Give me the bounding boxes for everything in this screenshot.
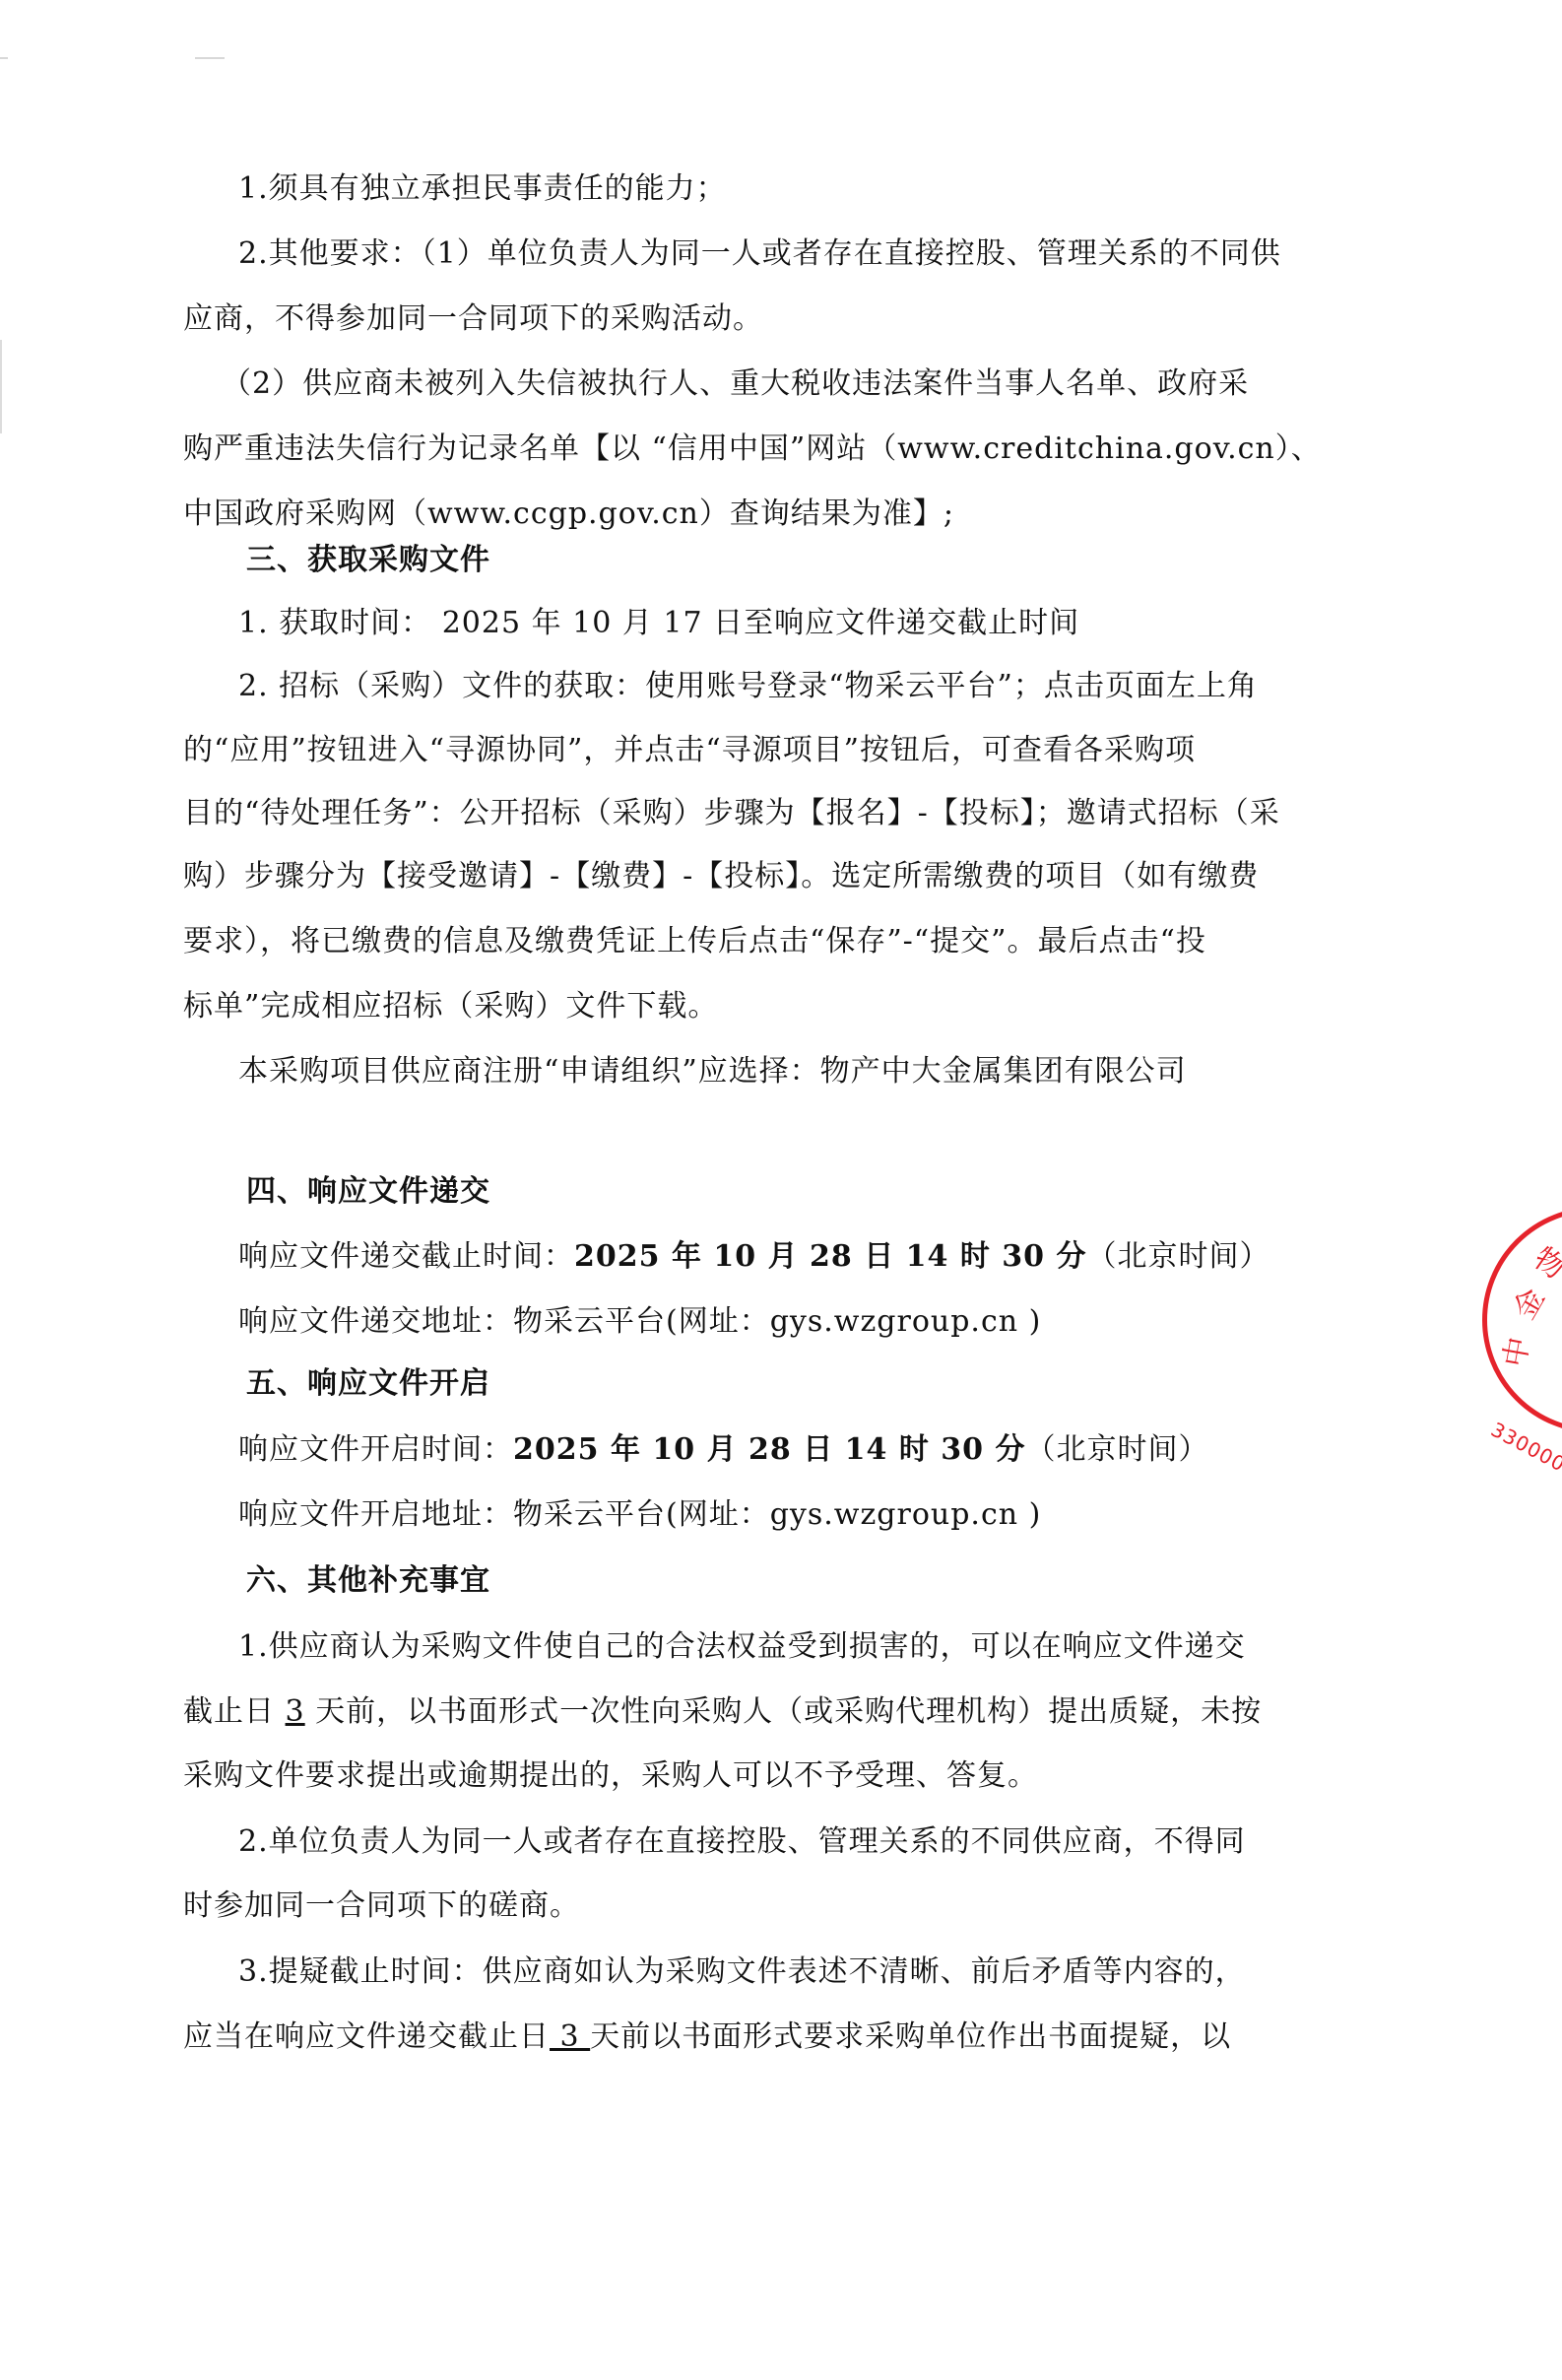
section-3-note: 本采购项目供应商注册“申请组织”应选择：物产中大金属集团有限公司 xyxy=(238,1052,1391,1091)
deadline-label: 响应文件递交截止时间： xyxy=(238,1239,574,1274)
section-6-item1-line2: 截止日 3 天前，以书面形式一次性向采购人（或采购代理机构）提出质疑，未按 xyxy=(183,1692,1335,1732)
requirement-2-line2: 应商，不得参加同一合同项下的采购活动。 xyxy=(183,299,1335,339)
section-3-line2: 2. 招标（采购）文件的获取：使用账号登录“物采云平台”；点击页面左上角 xyxy=(238,667,1391,706)
section-5-heading: 五、响应文件开启 xyxy=(246,1364,1399,1404)
text-fragment: 应当在响应文件递交截止日 xyxy=(183,2019,550,2054)
section-4-heading: 四、响应文件递交 xyxy=(246,1172,1399,1212)
section-6-item3-line2: 应当在响应文件递交截止日 3 天前以书面形式要求采购单位作出书面提疑，以 xyxy=(183,2017,1335,2057)
section-3-line1: 1. 获取时间： 2025 年 10 月 17 日至响应文件递交截止时间 xyxy=(238,604,1391,643)
section-3-line7: 标单”完成相应招标（采购）文件下载。 xyxy=(183,987,1335,1026)
section-4-address: 响应文件递交地址：物采云平台(网址：gys.wzgroup.cn ) xyxy=(238,1302,1391,1342)
submit-address-label: 响应文件递交地址： xyxy=(238,1304,513,1339)
deadline-suffix: （北京时间） xyxy=(1087,1239,1270,1274)
section-3-line6: 要求），将已缴费的信息及缴费凭证上传后点击“保存”-“提交”。最后点击“投 xyxy=(183,922,1335,961)
requirement-1: 1.须具有独立承担民事责任的能力； xyxy=(238,169,1391,209)
section-3-line5: 购）步骤分为【接受邀请】-【缴费】-【投标】。选定所需缴费的项目（如有缴费 xyxy=(183,857,1335,896)
days-value: 3 xyxy=(286,1694,305,1729)
deadline-value: 2025 年 10 月 28 日 14 时 30 分 xyxy=(574,1239,1087,1274)
open-time-value: 2025 年 10 月 28 日 14 时 30 分 xyxy=(513,1432,1026,1467)
section-4-deadline: 响应文件递交截止时间：2025 年 10 月 28 日 14 时 30 分（北京… xyxy=(238,1237,1391,1277)
section-3-line3: 的“应用”按钮进入“寻源协同”，并点击“寻源项目”按钮后，可查看各采购项 xyxy=(183,731,1335,770)
text-fragment: 天前，以书面形式一次性向采购人（或采购代理机构）提出质疑，未按 xyxy=(305,1694,1263,1729)
section-6-heading: 六、其他补充事宜 xyxy=(246,1561,1399,1601)
open-time-label: 响应文件开启时间： xyxy=(238,1432,513,1467)
days-value: 3 xyxy=(550,2019,590,2054)
seal-number: 3300000 xyxy=(1487,1418,1562,1483)
requirement-2-sub2-line1: （2）供应商未被列入失信被执行人、重大税收违法案件当事人名单、政府采 xyxy=(222,364,1374,404)
scan-artifact xyxy=(195,57,225,59)
document-page: 1.须具有独立承担民事责任的能力； 2.其他要求：（1）单位负责人为同一人或者存… xyxy=(0,0,1562,2380)
requirement-2-line1: 2.其他要求：（1）单位负责人为同一人或者存在直接控股、管理关系的不同供 xyxy=(238,234,1391,274)
section-6-item2-line2: 时参加同一合同项下的磋商。 xyxy=(183,1886,1335,1926)
section-5-time: 响应文件开启时间：2025 年 10 月 28 日 14 时 30 分（北京时间… xyxy=(238,1430,1391,1470)
scan-edge-artifact xyxy=(0,340,2,433)
text-fragment: 截止日 xyxy=(183,1694,286,1729)
text-fragment: 天前以书面形式要求采购单位作出书面提疑，以 xyxy=(590,2019,1231,2054)
section-6-item1-line1: 1.供应商认为采购文件使自己的合法权益受到损害的，可以在响应文件递交 xyxy=(238,1627,1391,1667)
open-address-label: 响应文件开启地址： xyxy=(238,1497,513,1532)
submit-address-value: 物采云平台(网址：gys.wzgroup.cn ) xyxy=(513,1304,1041,1339)
section-3-heading: 三、获取采购文件 xyxy=(246,541,1399,580)
requirement-2-sub2-line2: 购严重违法失信行为记录名单【以 “信用中国”网站（www.creditchina… xyxy=(183,430,1335,469)
section-6-item3-line1: 3.提疑截止时间：供应商如认为采购文件表述不清晰、前后矛盾等内容的， xyxy=(238,1952,1391,1992)
open-time-suffix: （北京时间） xyxy=(1026,1432,1209,1467)
section-6-item1-line3: 采购文件要求提出或逾期提出的，采购人可以不予受理、答复。 xyxy=(183,1756,1335,1796)
requirement-2-sub2-line3: 中国政府采购网（www.ccgp.gov.cn）查询结果为准】; xyxy=(183,495,1335,534)
section-6-item2-line1: 2.单位负责人为同一人或者存在直接控股、管理关系的不同供应商，不得同 xyxy=(238,1822,1391,1862)
section-3-line4: 目的“待处理任务”：公开招标（采购）步骤为【报名】-【投标】；邀请式招标（采 xyxy=(183,794,1335,833)
open-address-value: 物采云平台(网址：gys.wzgroup.cn ) xyxy=(513,1497,1041,1532)
section-5-address: 响应文件开启地址：物采云平台(网址：gys.wzgroup.cn ) xyxy=(238,1495,1391,1535)
scan-artifact xyxy=(0,57,8,59)
